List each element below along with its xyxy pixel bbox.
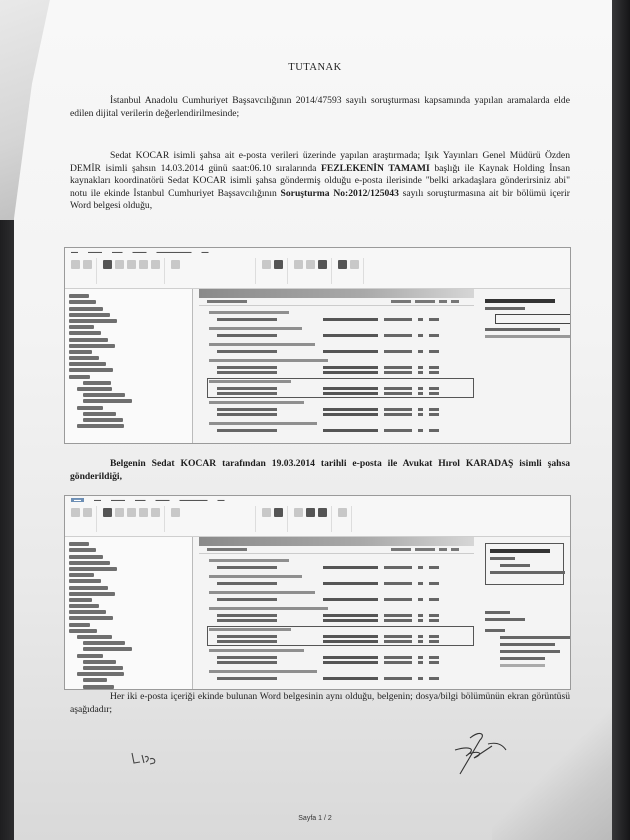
email-client-screenshot-1: ▬▬ ▬▬▬▬ ▬▬▬ ▬▬▬▬ ▬▬▬▬▬▬▬▬▬▬ ▬▬ (64, 247, 571, 444)
folder-item[interactable] (69, 598, 92, 602)
message-list-header (199, 289, 474, 298)
message-row[interactable] (209, 412, 474, 417)
folder-item[interactable] (69, 294, 89, 298)
message-row[interactable] (209, 391, 472, 396)
folder-item[interactable] (69, 561, 110, 565)
new-items-icon (83, 260, 92, 269)
message-row[interactable] (209, 618, 474, 623)
message-row[interactable] (209, 333, 474, 338)
ribbon-groups (71, 258, 564, 284)
message-list-columns (199, 546, 474, 554)
new-items-icon (83, 508, 92, 517)
folder-item[interactable] (69, 586, 108, 590)
delete-icon (103, 260, 112, 269)
paragraph-intro-text: İstanbul Anadolu Cumhuriyet Başsavcılığı… (70, 95, 570, 119)
message-row[interactable] (209, 349, 474, 354)
folder-item[interactable] (83, 381, 111, 385)
findings-bold-case-number: Soruşturma No:2012/125043 (281, 188, 399, 199)
conversation-group[interactable] (209, 327, 474, 338)
folder-item[interactable] (83, 678, 107, 682)
folder-item[interactable] (69, 604, 99, 608)
conversation-group[interactable] (209, 670, 474, 681)
folder-item[interactable] (83, 393, 125, 397)
ribbon-groups (71, 506, 564, 532)
unread-icon (294, 508, 303, 517)
rules-icon (274, 508, 283, 517)
ribbon-tab: ▬▬▬▬ (156, 498, 170, 502)
folder-item[interactable] (69, 616, 113, 620)
conversation-group[interactable] (209, 575, 474, 586)
folder-item[interactable] (69, 542, 89, 546)
reading-pane (479, 537, 570, 689)
message-list (199, 537, 474, 689)
folder-item[interactable] (69, 573, 94, 577)
folder-item[interactable] (77, 424, 124, 428)
filter-icon (338, 260, 347, 269)
message-list-columns (199, 298, 474, 306)
folder-item[interactable] (69, 623, 90, 627)
folder-item[interactable] (69, 548, 96, 552)
meeting-icon (151, 508, 160, 517)
conversation-group[interactable] (209, 559, 474, 570)
message-row[interactable] (209, 660, 474, 665)
follow-up-icon (318, 260, 327, 269)
ribbon-tab: ▬▬▬ (135, 498, 146, 502)
reading-pane (479, 289, 570, 443)
page-number: Sayfa 1 / 2 (0, 815, 630, 822)
ribbon-tab: ▬▬▬▬ (111, 498, 125, 502)
folder-item[interactable] (69, 629, 97, 633)
conversation-group[interactable] (209, 591, 474, 602)
new-email-icon (71, 260, 80, 269)
message-row[interactable] (209, 565, 474, 570)
ribbon-tab: ▬▬▬▬▬▬▬▬ (180, 498, 208, 502)
ribbon-tab: ▬▬▬▬▬▬▬▬▬▬ (157, 250, 192, 254)
signature-right (440, 728, 515, 778)
ribbon-tab: ▬▬▬▬ (88, 250, 102, 254)
folder-item[interactable] (77, 406, 103, 410)
categorize-icon (306, 260, 315, 269)
ribbon-tab: ▬▬ (71, 250, 78, 254)
ribbon-tab-file: ▬▬ (71, 498, 84, 502)
ribbon-tab: ▬▬ (94, 498, 101, 502)
message-row[interactable] (209, 581, 474, 586)
folder-item[interactable] (69, 555, 103, 559)
ribbon-tab: ▬▬ (202, 250, 209, 254)
folder-item[interactable] (83, 418, 123, 422)
conversation-group[interactable] (209, 343, 474, 354)
find-icon (350, 260, 359, 269)
forward-icon (139, 508, 148, 517)
folder-item[interactable] (69, 375, 90, 379)
paragraph-conclusion: Her iki e-posta içeriği ekinde bulunan W… (70, 691, 570, 716)
ribbon-toolbar: ▬▬ ▬▬ ▬▬▬▬ ▬▬▬ ▬▬▬▬ ▬▬▬▬▬▬▬▬ ▬▬ (65, 496, 570, 537)
conversation-group[interactable] (209, 401, 474, 417)
paragraph-findings: Sedat KOCAR isimli şahsa ait e-posta ver… (70, 150, 570, 213)
folder-item[interactable] (69, 350, 92, 354)
findings-bold-subject: FEZLEKENİN TAMAMI (321, 163, 430, 174)
new-email-icon (71, 508, 80, 517)
message-row[interactable] (209, 597, 474, 602)
document-content: TUTANAK İstanbul Anadolu Cumhuriyet Başs… (0, 0, 630, 840)
folder-item[interactable] (69, 356, 99, 360)
message-row[interactable] (209, 639, 472, 644)
unread-icon (294, 260, 303, 269)
message-row[interactable] (209, 676, 474, 681)
paragraph-forwarded-text: Belgenin Sedat KOCAR tarafından 19.03.20… (70, 458, 570, 482)
move-icon (262, 260, 271, 269)
attachment-info-box (485, 543, 564, 585)
document-title: TUTANAK (0, 62, 630, 73)
quick-steps-icon (171, 508, 180, 517)
highlighted-conversation[interactable] (209, 380, 472, 396)
ribbon-tabs: ▬▬ ▬▬▬▬ ▬▬▬ ▬▬▬▬ ▬▬▬▬▬▬▬▬▬▬ ▬▬ (71, 250, 209, 254)
folder-item[interactable] (69, 331, 101, 335)
meeting-icon (151, 260, 160, 269)
ribbon-tabs: ▬▬ ▬▬ ▬▬▬▬ ▬▬▬ ▬▬▬▬ ▬▬▬▬▬▬▬▬ ▬▬ (71, 498, 225, 502)
message-row[interactable] (209, 428, 474, 433)
paragraph-intro: İstanbul Anadolu Cumhuriyet Başsavcılığı… (70, 95, 570, 120)
folder-item[interactable] (69, 362, 106, 366)
folder-item[interactable] (83, 685, 114, 689)
folder-item[interactable] (83, 412, 116, 416)
signature-left (128, 745, 173, 770)
quick-steps-icon (171, 260, 180, 269)
folder-item[interactable] (83, 399, 132, 403)
reply-icon (115, 508, 124, 517)
folder-item[interactable] (69, 610, 106, 614)
folder-pane (65, 289, 193, 443)
folder-item[interactable] (69, 319, 117, 323)
rules-icon (274, 260, 283, 269)
folder-pane (65, 537, 193, 689)
message-list (199, 289, 474, 443)
folder-item[interactable] (69, 338, 108, 342)
paragraph-forwarded: Belgenin Sedat KOCAR tarafından 19.03.20… (70, 458, 570, 483)
folder-item[interactable] (77, 387, 112, 391)
ribbon-tab: ▬▬▬▬ (133, 250, 147, 254)
conversation-group[interactable] (209, 607, 474, 623)
folder-item[interactable] (77, 635, 112, 639)
folder-item[interactable] (69, 368, 113, 372)
reply-all-icon (127, 260, 136, 269)
ribbon-tab: ▬▬▬ (112, 250, 123, 254)
folder-item[interactable] (83, 641, 125, 645)
attachment-box (495, 314, 571, 324)
folder-item[interactable] (69, 344, 115, 348)
find-icon (338, 508, 347, 517)
folder-item[interactable] (83, 666, 123, 670)
move-icon (262, 508, 271, 517)
conversation-group[interactable] (209, 311, 474, 322)
folder-item[interactable] (69, 592, 115, 596)
folder-item[interactable] (77, 654, 103, 658)
conversation-group[interactable] (209, 359, 474, 375)
paragraph-conclusion-text: Her iki e-posta içeriği ekinde bulunan W… (70, 691, 570, 715)
message-list-header (199, 537, 474, 546)
folder-item[interactable] (69, 567, 117, 571)
message-row[interactable] (209, 317, 474, 322)
follow-up-icon (318, 508, 327, 517)
highlighted-conversation[interactable] (209, 628, 472, 644)
message-row[interactable] (209, 370, 474, 375)
folder-item[interactable] (69, 325, 94, 329)
email-client-screenshot-2: ▬▬ ▬▬ ▬▬▬▬ ▬▬▬ ▬▬▬▬ ▬▬▬▬▬▬▬▬ ▬▬ (64, 495, 571, 690)
folder-item[interactable] (69, 313, 110, 317)
conversation-group[interactable] (209, 422, 474, 433)
conversation-group[interactable] (209, 649, 474, 665)
reply-all-icon (127, 508, 136, 517)
delete-icon (103, 508, 112, 517)
folder-item[interactable] (69, 579, 101, 583)
folder-item[interactable] (69, 307, 103, 311)
folder-item[interactable] (83, 647, 132, 651)
categorize-icon (306, 508, 315, 517)
folder-item[interactable] (83, 660, 116, 664)
ribbon-toolbar: ▬▬ ▬▬▬▬ ▬▬▬ ▬▬▬▬ ▬▬▬▬▬▬▬▬▬▬ ▬▬ (65, 248, 570, 289)
reply-icon (115, 260, 124, 269)
forward-icon (139, 260, 148, 269)
folder-item[interactable] (69, 300, 96, 304)
ribbon-tab: ▬▬ (218, 498, 225, 502)
folder-item[interactable] (77, 672, 124, 676)
